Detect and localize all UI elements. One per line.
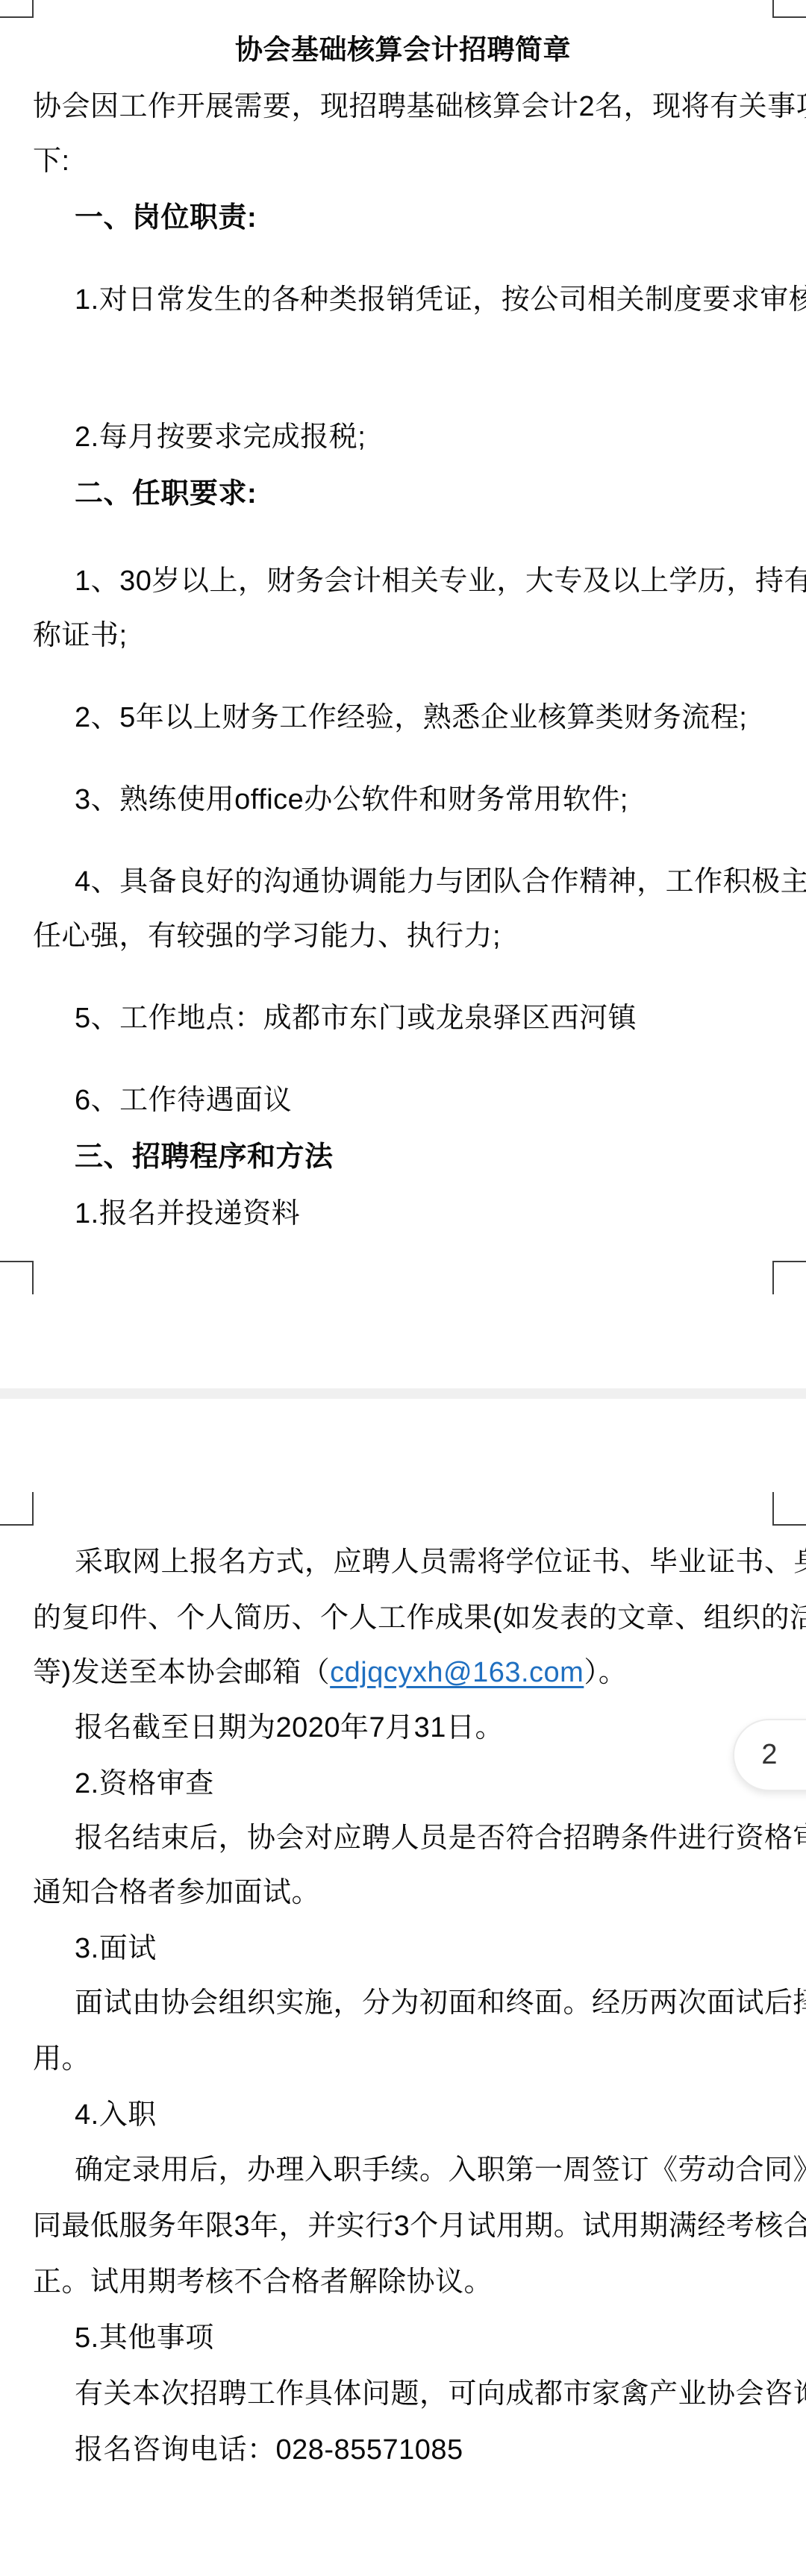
other-line: 有关本次招聘工作具体问题，可向成都市家禽产业协会咨询。 — [75, 2377, 806, 2411]
page1-crop-mark-bottom-right — [772, 1261, 806, 1294]
page1-crop-mark-bottom-left — [0, 1261, 34, 1294]
section2-heading: 二、任职要求: — [75, 477, 257, 511]
doc-title: 协会基础核算会计招聘简章 — [0, 33, 806, 67]
apply-line-1: 采取网上报名方式，应聘人员需将学位证书、毕业证书、身份证 — [75, 1545, 806, 1579]
section2-item-3: 3、熟练使用office办公软件和财务常用软件; — [75, 783, 628, 817]
page-indicator-number: 2 — [761, 1739, 777, 1771]
interview-line-1: 面试由协会组织实施，分为初面和终面。经历两次面试后择优录 — [75, 1986, 806, 2020]
section2-item-5: 5、工作地点：成都市东门或龙泉驿区西河镇 — [75, 1001, 637, 1035]
section3-step-3: 3.面试 — [75, 1931, 157, 1966]
section3-step-4: 4.入职 — [75, 2098, 157, 2132]
apply-line-3: 等)发送至本协会邮箱（cdjqcyxh@163.com）。 — [33, 1655, 627, 1690]
phone-line: 报名咨询电话：028-85571085 — [75, 2433, 463, 2467]
section2-item-1-line-2: 称证书; — [33, 618, 128, 653]
section2-item-1-line-1: 1、30岁以上，财务会计相关专业，大专及以上学历，持有专业职 — [75, 564, 806, 598]
onboard-line-1: 确定录用后，办理入职手续。入职第一周签订《劳动合同》，合 — [75, 2153, 806, 2187]
page2-crop-mark-top-left — [0, 1492, 34, 1526]
page1-crop-mark-top-left — [0, 0, 34, 18]
review-line-1: 报名结束后，协会对应聘人员是否符合招聘条件进行资格审查， — [75, 1821, 806, 1855]
deadline-line: 报名截至日期为2020年7月31日。 — [75, 1711, 504, 1745]
section3-step-2: 2.资格审查 — [75, 1767, 214, 1801]
section3-step-5: 5.其他事项 — [75, 2321, 214, 2355]
section1-heading: 一、岗位职责: — [75, 201, 257, 235]
section2-item-2: 2、5年以上财务工作经验，熟悉企业核算类财务流程; — [75, 701, 747, 735]
page1-crop-mark-top-right — [772, 0, 806, 18]
document-viewer: 协会基础核算会计招聘简章 协会因工作开展需要，现招聘基础核算会计2名，现将有关事… — [0, 0, 806, 2576]
review-line-2: 通知合格者参加面试。 — [33, 1875, 320, 1910]
section1-item-2: 2.每月按要求完成报税; — [75, 420, 366, 454]
onboard-line-3: 正。试用期考核不合格者解除协议。 — [33, 2265, 493, 2299]
onboard-line-2: 同最低服务年限3年，并实行3个月试用期。试用期满经考核合格可转 — [33, 2209, 806, 2243]
page2-crop-mark-top-right — [772, 1492, 806, 1526]
section3-heading: 三、招聘程序和方法 — [75, 1140, 334, 1174]
apply-line-3-suffix: ）。 — [584, 1657, 627, 1688]
intro-line-2: 下: — [33, 144, 70, 178]
section2-item-4-line-1: 4、具备良好的沟通协调能力与团队合作精神，工作积极主动、责 — [75, 865, 806, 899]
interview-line-2: 用。 — [33, 2042, 90, 2076]
apply-line-3-prefix: 等)发送至本协会邮箱（ — [33, 1657, 330, 1688]
intro-line-1: 协会因工作开展需要，现招聘基础核算会计2名，现将有关事项明确如 — [33, 90, 806, 124]
section1-item-1: 1.对日常发生的各种类报销凭证，按公司相关制度要求审核; — [75, 283, 806, 317]
section2-item-6: 6、工作待遇面议 — [75, 1083, 292, 1118]
page-indicator-bubble[interactable]: 2 — [733, 1719, 806, 1791]
apply-line-2: 的复印件、个人简历、个人工作成果(如发表的文章、组织的活动情况 — [33, 1601, 806, 1635]
email-link[interactable]: cdjqcyxh@163.com — [330, 1657, 584, 1688]
page-break-band — [0, 1388, 806, 1399]
section2-item-4-line-2: 任心强，有较强的学习能力、执行力; — [33, 919, 501, 953]
section3-step-1: 1.报名并投递资料 — [75, 1197, 300, 1231]
